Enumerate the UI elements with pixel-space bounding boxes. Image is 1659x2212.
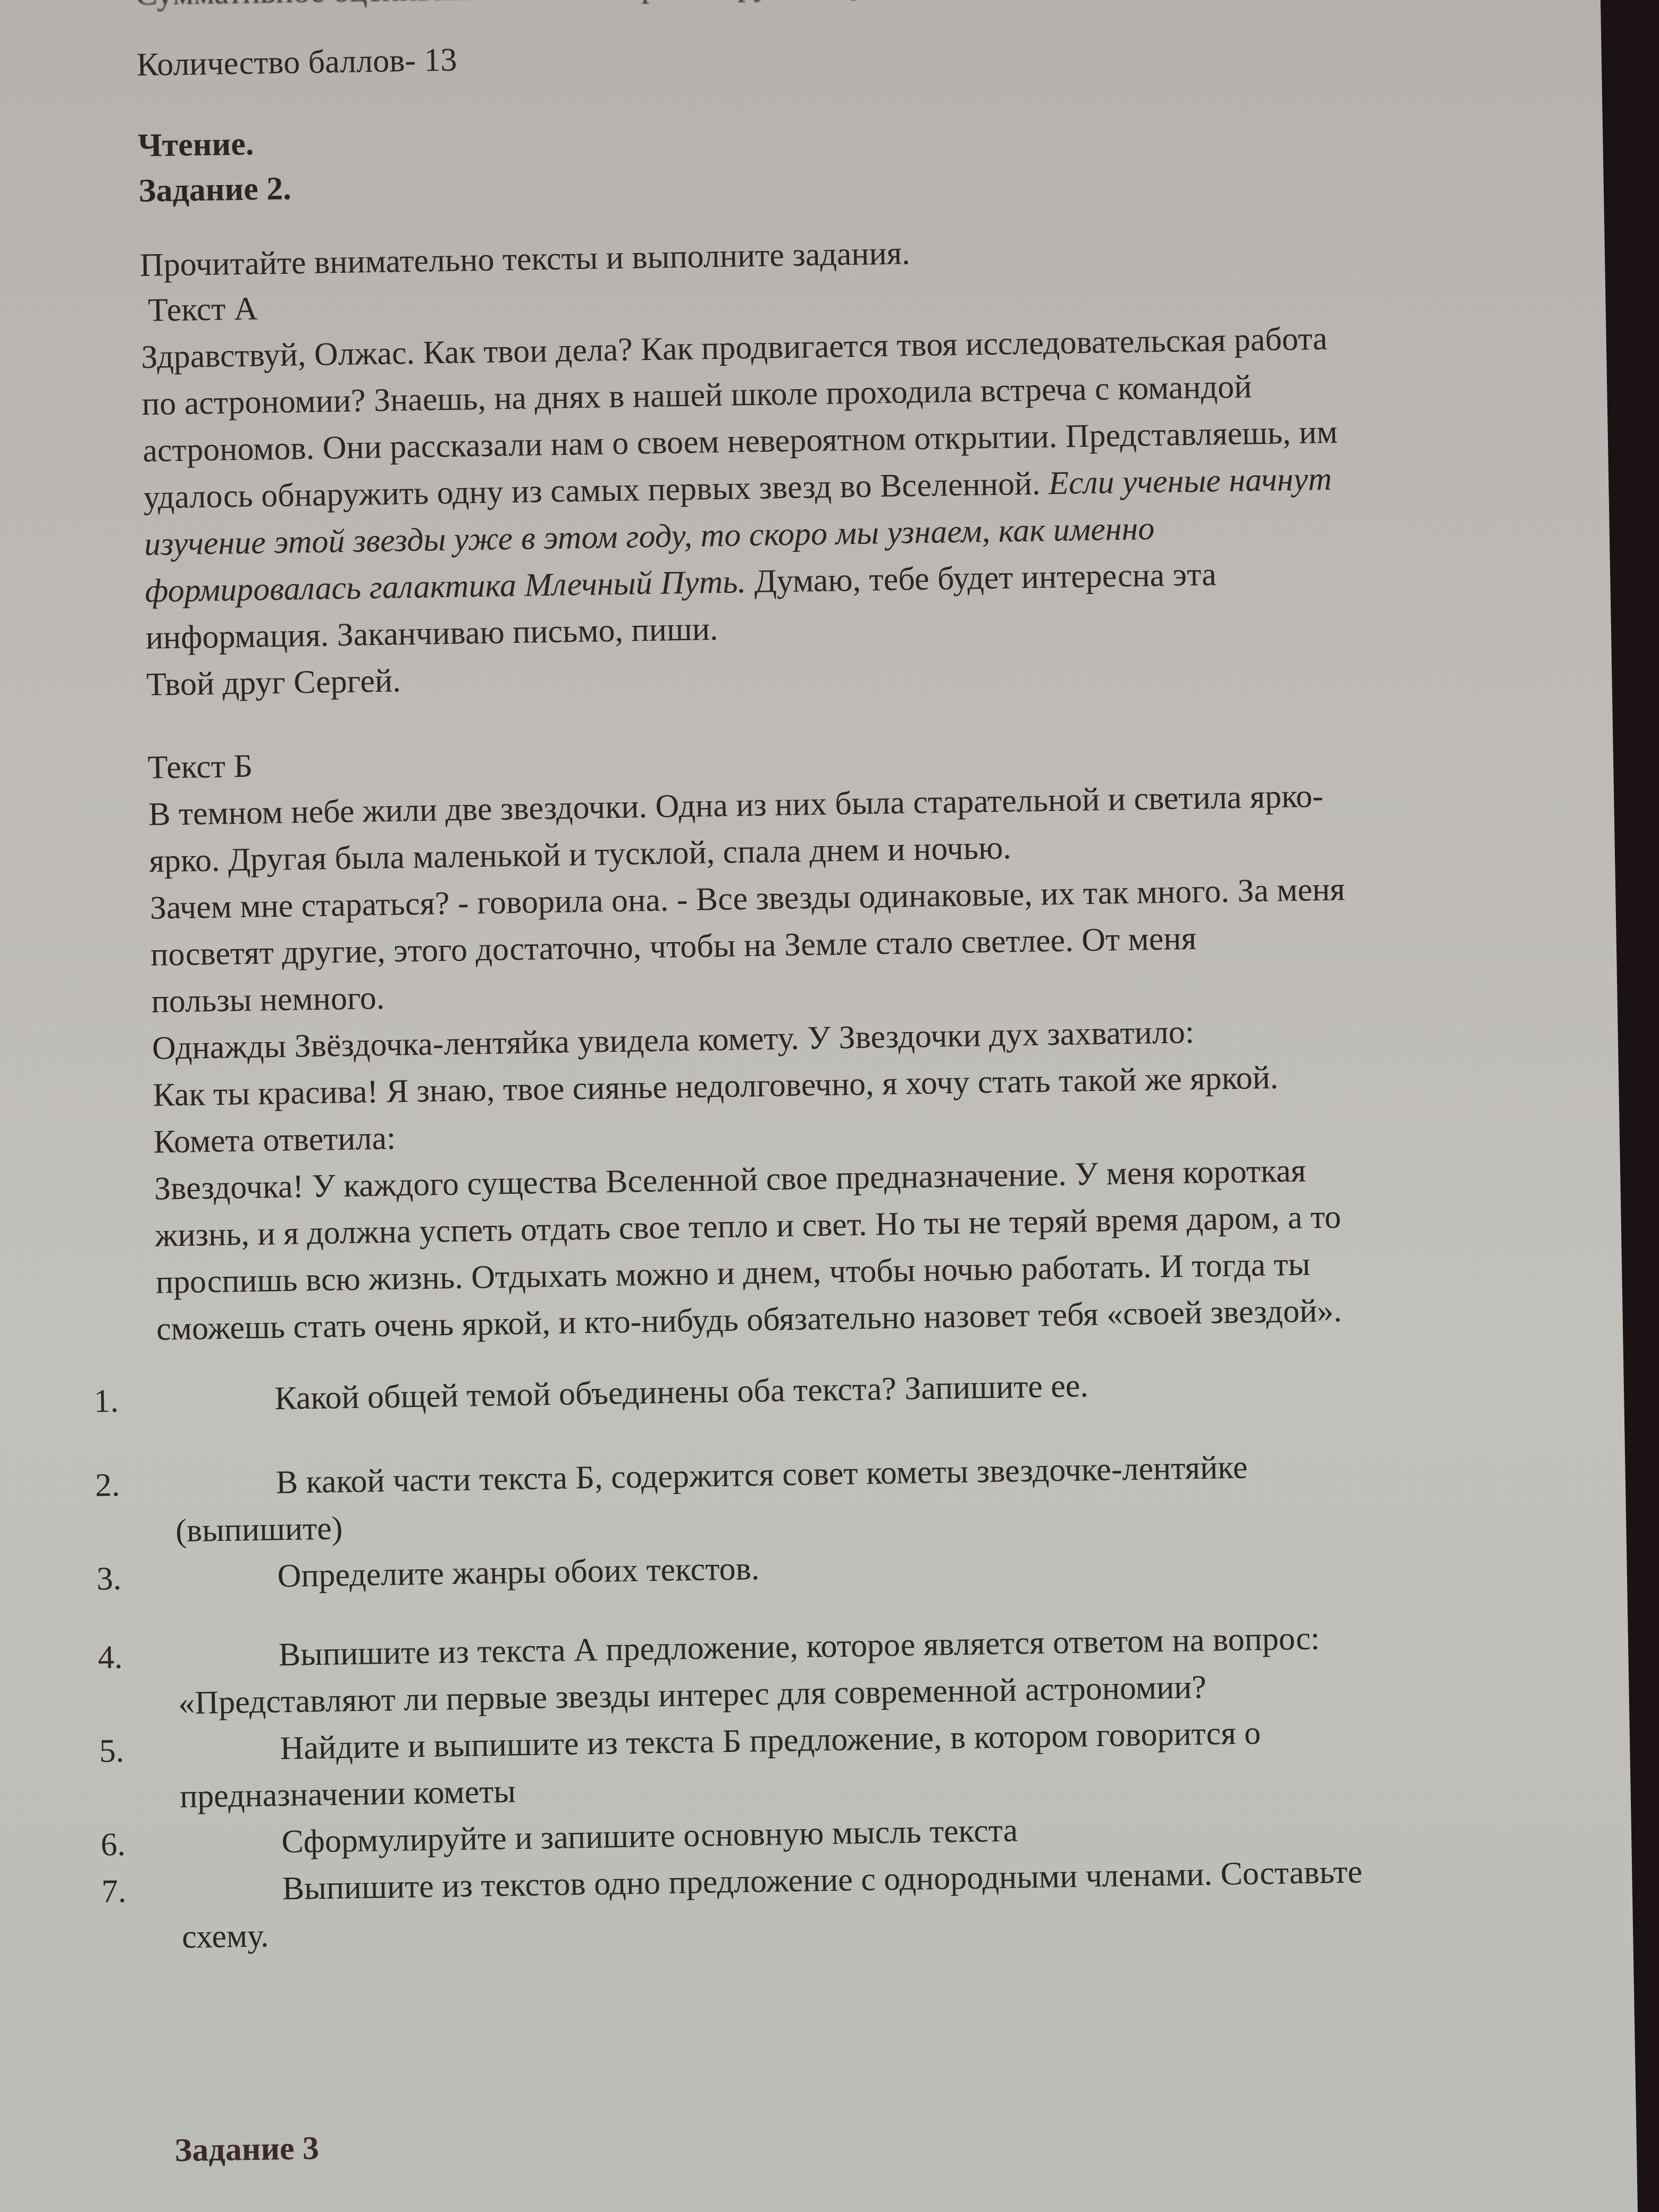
- question-number: 7.: [101, 1867, 155, 1915]
- question-text: Какой общей темой объединены оба текста?…: [94, 1354, 1636, 1425]
- question-number: 6.: [100, 1821, 154, 1869]
- italic-fragment: формировалась галактика Млечный Путь.: [145, 564, 747, 609]
- question-number: 5.: [99, 1727, 153, 1775]
- header-title: Суммативное оценивание за 4 четверть по …: [135, 0, 957, 12]
- text-a-section: Текст А Здравствуй, Олжас. Как твои дела…: [140, 269, 1342, 708]
- text-b-section: Текст Б В темном небе жили две звездочки…: [147, 726, 1352, 1353]
- italic-fragment: Если ученые начнут: [1048, 461, 1332, 501]
- task-2-heading: Задание 2.: [138, 165, 291, 214]
- score-line: Количество баллов- 13: [136, 37, 457, 88]
- worksheet-paper: Суммативное оценивание за 4 четверть по …: [0, 0, 1638, 2212]
- document-header: Суммативное оценивание за 4 четверть по …: [135, 0, 958, 18]
- questions-list: 1. Какой общей темой объединены оба текс…: [94, 1354, 1645, 1962]
- section-reading-heading: Чтение.: [138, 121, 254, 169]
- question-item: 1. Какой общей темой объединены оба текс…: [94, 1354, 1636, 1425]
- question-number: 4.: [97, 1633, 151, 1681]
- question-number: 1.: [94, 1377, 147, 1425]
- question-number: 3.: [96, 1555, 150, 1603]
- task-3-heading: Задание 3: [174, 2130, 320, 2169]
- question-number: 2.: [95, 1461, 148, 1509]
- photo-scene: Суммативное оценивание за 4 четверть по …: [0, 0, 1659, 2212]
